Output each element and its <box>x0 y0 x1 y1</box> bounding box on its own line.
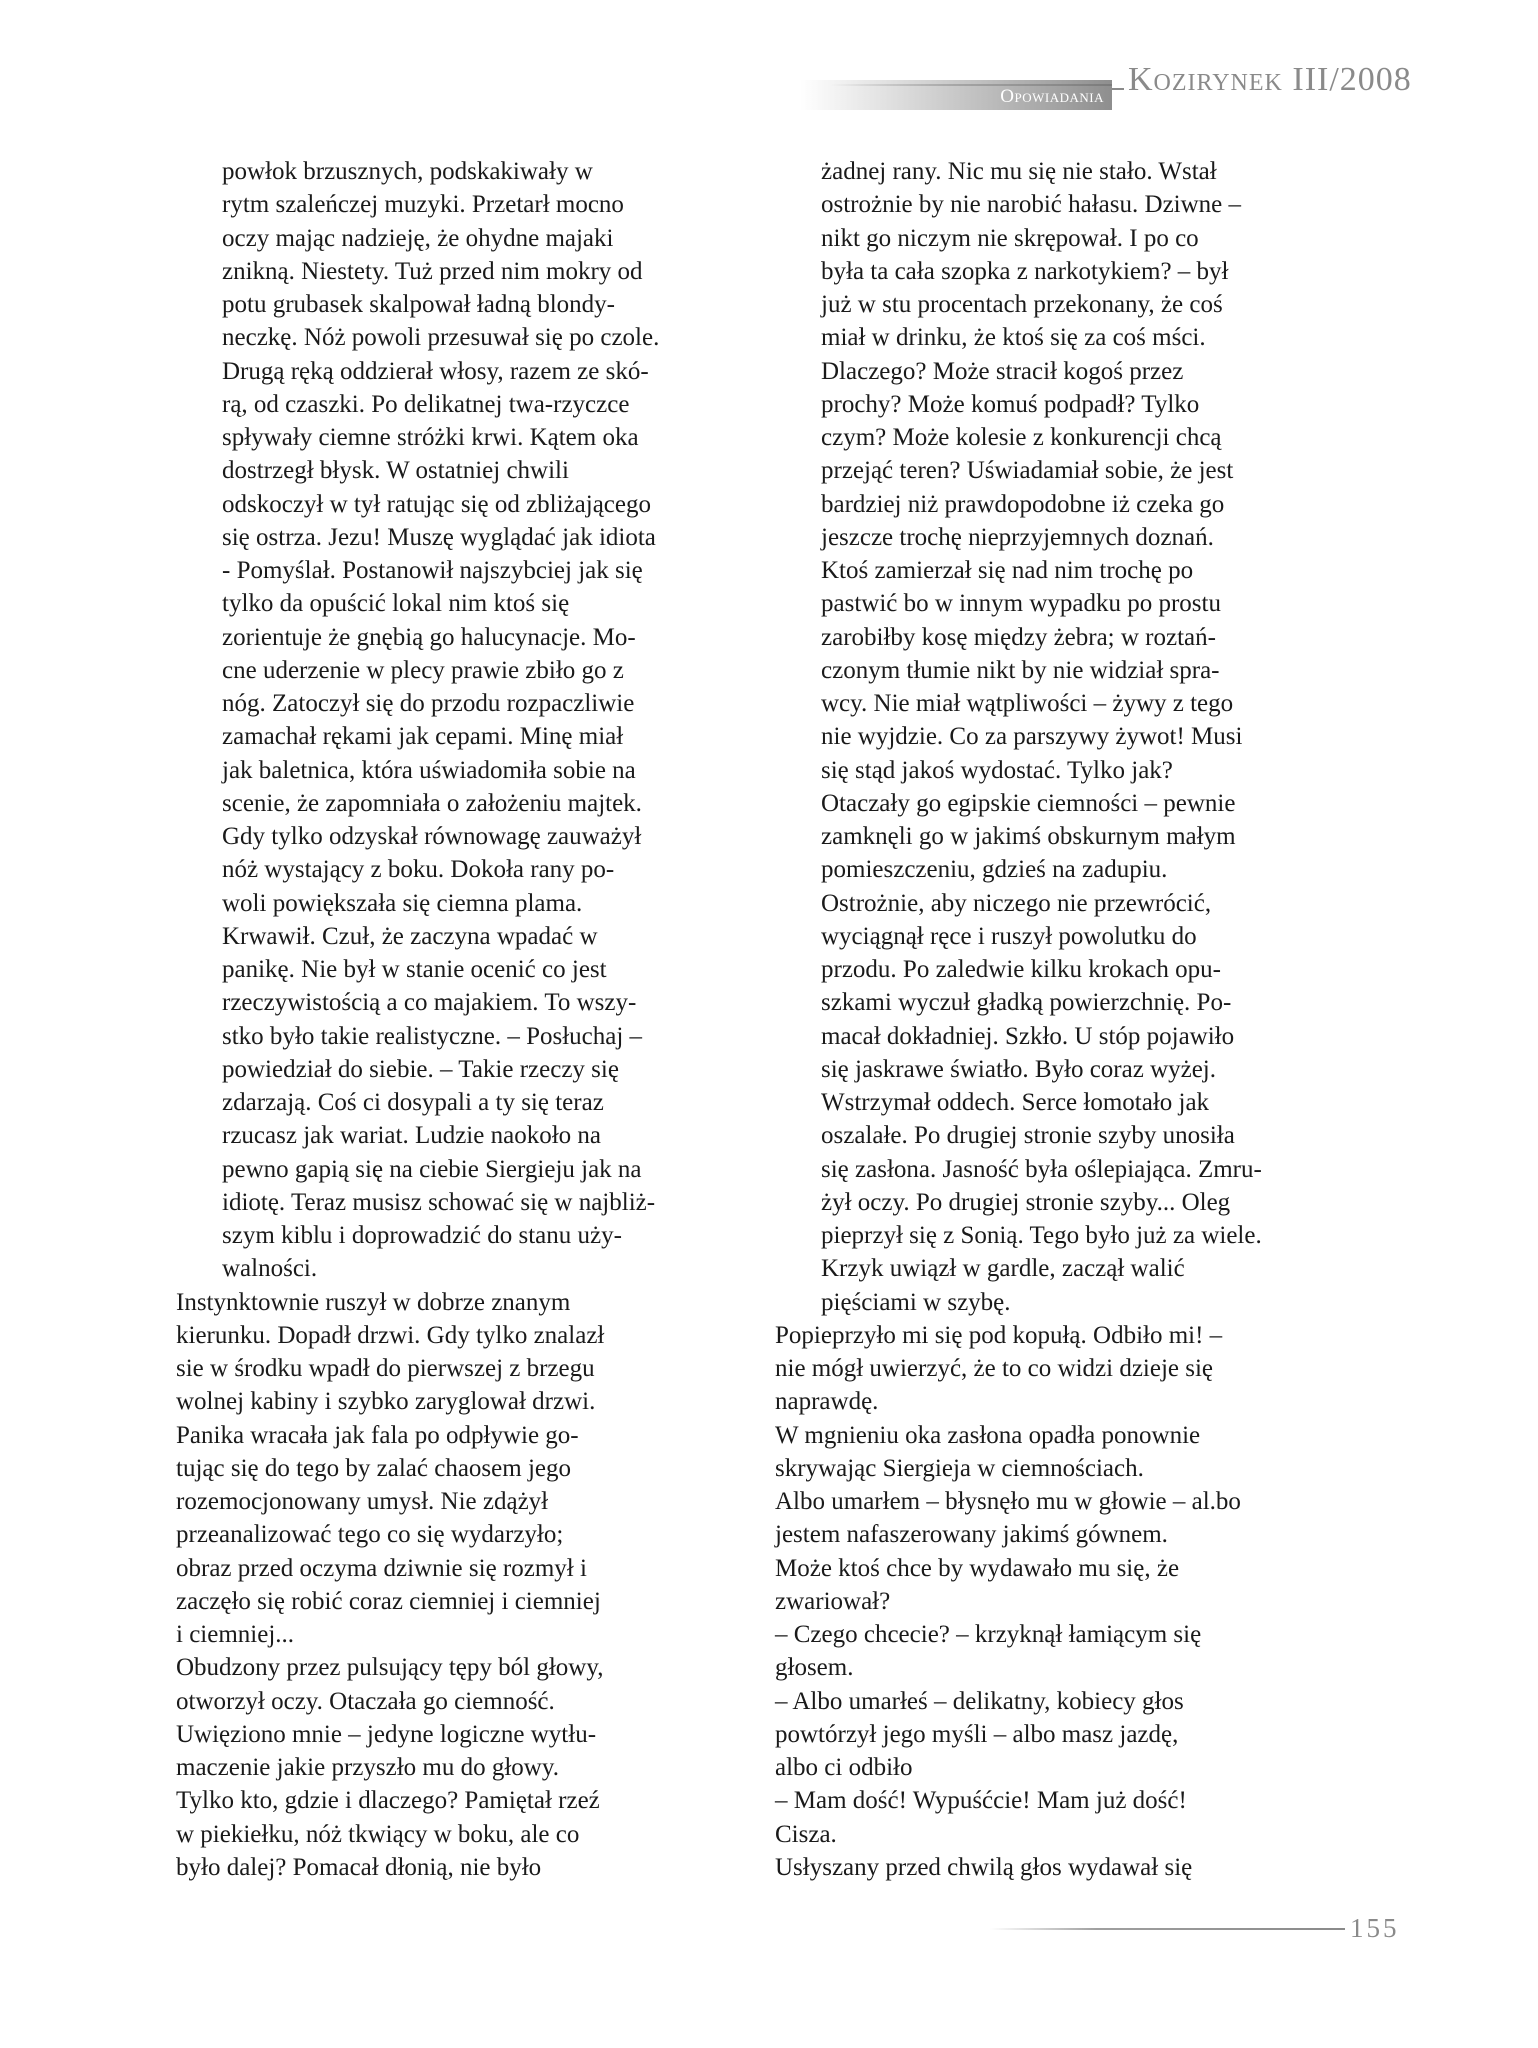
text-line: Obudzony przez pulsujący tępy ból głowy, <box>222 1651 746 1684</box>
text-line: tylko da opuścić lokal nim ktoś się <box>222 587 746 620</box>
text-line: powłok brzusznych, podskakiwały w <box>222 155 746 188</box>
text-line: było dalej? Pomacał dłonią, nie było <box>222 1851 746 1884</box>
text-line: prochy? Może komuś podpadł? Tylko <box>821 388 1345 421</box>
text-line: woli powiększała się ciemna plama. <box>222 887 746 920</box>
text-line: Albo umarłem – błysnęło mu w głowie – al… <box>821 1485 1345 1518</box>
text-line: rzucasz jak wariat. Ludzie naokoło na <box>222 1119 746 1152</box>
text-line: jestem nafaszerowany jakimś gównem. <box>821 1518 1345 1551</box>
text-line: potu grubasek skalpował ładną blondy- <box>222 288 746 321</box>
paragraph: żadnej rany. Nic mu się nie stało. Wstał… <box>775 155 1345 1319</box>
text-line: i ciemniej... <box>222 1618 746 1651</box>
text-line: szym kiblu i doprowadzić do stanu uży- <box>222 1219 746 1252</box>
text-line: skrywając Siergieja w ciemnościach. <box>821 1452 1345 1485</box>
text-line: – Mam dość! Wypuśćcie! Mam już dość! <box>821 1784 1345 1817</box>
text-line: rytm szaleńczej muzyki. Przetarł mocno <box>222 188 746 221</box>
text-line: albo ci odbiło <box>821 1751 1345 1784</box>
text-line: rzeczywistością a co majakiem. To wszy- <box>222 986 746 1019</box>
text-line: zarobiłby kosę między żebra; w roztań- <box>821 621 1345 654</box>
text-line: żył oczy. Po drugiej stronie szyby... Ol… <box>821 1186 1345 1219</box>
text-line: walności. <box>222 1252 746 1285</box>
text-line: Gdy tylko odzyskał równowagę zauważył <box>222 820 746 853</box>
text-line: tując się do tego by zalać chaosem jego <box>222 1452 746 1485</box>
paragraph: Albo umarłem – błysnęło mu w głowie – al… <box>775 1485 1345 1618</box>
text-line: zorientuje że gnębią go halucynacje. Mo- <box>222 621 746 654</box>
paragraph: – Albo umarłeś – delikatny, kobiecy głos… <box>775 1685 1345 1785</box>
text-line: zwariował? <box>821 1585 1345 1618</box>
text-line: żadnej rany. Nic mu się nie stało. Wstał <box>821 155 1345 188</box>
text-line: Wstrzymał oddech. Serce łomotało jak <box>821 1086 1345 1119</box>
footer-rule <box>990 1928 1345 1930</box>
text-line: neczkę. Nóż powoli przesuwał się po czol… <box>222 321 746 354</box>
text-line: znikną. Niestety. Tuż przed nim mokry od <box>222 255 746 288</box>
text-line: dostrzegł błysk. W ostatniej chwili <box>222 454 746 487</box>
text-line: się jaskrawe światło. Było coraz wyżej. <box>821 1053 1345 1086</box>
text-line: Otaczały go egipskie ciemności – pewnie <box>821 787 1345 820</box>
text-line: cne uderzenie w plecy prawie zbiło go z <box>222 654 746 687</box>
text-line: maczenie jakie przyszło mu do głowy. <box>222 1751 746 1784</box>
text-line: – Czego chcecie? – krzyknął łamiącym się <box>821 1618 1345 1651</box>
text-line: przodu. Po zaledwie kilku krokach opu- <box>821 953 1345 986</box>
text-line: Krzyk uwiązł w gardle, zaczął walić <box>821 1252 1345 1285</box>
text-line: pieprzył się z Sonią. Tego było już za w… <box>821 1219 1345 1252</box>
text-line: nóż wystający z boku. Dokoła rany po- <box>222 853 746 886</box>
section-banner: Opowiadania <box>800 80 1112 110</box>
paragraph: Cisza. <box>775 1818 1345 1851</box>
paragraph: – Czego chcecie? – krzyknął łamiącym się… <box>775 1618 1345 1685</box>
paragraph: – Mam dość! Wypuśćcie! Mam już dość! <box>775 1784 1345 1817</box>
text-line: rozemocjonowany umysł. Nie zdążył <box>222 1485 746 1518</box>
text-line: Drugą ręką oddzierał włosy, razem ze skó… <box>222 355 746 388</box>
text-line: w piekiełku, nóż tkwiący w boku, ale co <box>222 1818 746 1851</box>
text-line: powtórzył jego myśli – albo masz jazdę, <box>821 1718 1345 1751</box>
paragraph: W mgnieniu oka zasłona opadła ponowniesk… <box>775 1419 1345 1486</box>
text-line: Usłyszany przed chwilą głos wydawał się <box>821 1851 1345 1884</box>
text-line: - Pomyślał. Postanowił najszybciej jak s… <box>222 554 746 587</box>
text-line: nie wyjdzie. Co za parszywy żywot! Musi <box>821 720 1345 753</box>
text-line: jeszcze trochę nieprzyjemnych doznań. <box>821 521 1345 554</box>
text-line: się ostrza. Jezu! Muszę wyglądać jak idi… <box>222 521 746 554</box>
paragraph: Obudzony przez pulsujący tępy ból głowy,… <box>176 1651 746 1884</box>
text-line: otworzył oczy. Otaczała go ciemność. <box>222 1685 746 1718</box>
text-line: była ta cała szopka z narkotykiem? – był <box>821 255 1345 288</box>
text-line: – Albo umarłeś – delikatny, kobiecy głos <box>821 1685 1345 1718</box>
text-line: Instynktownie ruszył w dobrze znanym <box>222 1286 746 1319</box>
text-line: Ktoś zamierzał się nad nim trochę po <box>821 554 1345 587</box>
text-line: obraz przed oczyma dziwnie się rozmył i <box>222 1552 746 1585</box>
text-line: już w stu procentach przekonany, że coś <box>821 288 1345 321</box>
paragraph: powłok brzusznych, podskakiwały wrytm sz… <box>176 155 746 1286</box>
text-line: zamknęli go w jakimś obskurnym małym <box>821 820 1345 853</box>
text-line: pięściami w szybę. <box>821 1286 1345 1319</box>
text-line: przejąć teren? Uświadamiał sobie, że jes… <box>821 454 1345 487</box>
text-line: Panika wracała jak fala po odpływie go- <box>222 1419 746 1452</box>
text-line: ostrożnie by nie narobić hałasu. Dziwne … <box>821 188 1345 221</box>
text-line: Krwawił. Czuł, że zaczyna wpadać w <box>222 920 746 953</box>
text-line: panikę. Nie był w stanie ocenić co jest <box>222 953 746 986</box>
text-line: sie w środku wpadł do pierwszej z brzegu <box>222 1352 746 1385</box>
paragraph: Usłyszany przed chwilą głos wydawał się <box>775 1851 1345 1884</box>
text-line: nóg. Zatoczył się do przodu rozpaczliwie <box>222 687 746 720</box>
text-line: zaczęło się robić coraz ciemniej i ciemn… <box>222 1585 746 1618</box>
journal-title: Kozirynek III/2008 <box>1128 58 1412 102</box>
header-dash-divider <box>1112 88 1124 90</box>
text-line: idiotę. Teraz musisz schować się w najbl… <box>222 1186 746 1219</box>
right-column: żadnej rany. Nic mu się nie stało. Wstał… <box>775 155 1345 1884</box>
paragraph: Popieprzyło mi się pod kopułą. Odbiło mi… <box>775 1319 1345 1419</box>
text-line: rą, od czaszki. Po delikatnej twa-rzyczc… <box>222 388 746 421</box>
text-line: Cisza. <box>821 1818 1345 1851</box>
text-line: zdarzają. Coś ci dosypali a ty się teraz <box>222 1086 746 1119</box>
text-line: wcy. Nie miał wątpliwości – żywy z tego <box>821 687 1345 720</box>
text-line: przeanalizować tego co się wydarzyło; <box>222 1518 746 1551</box>
paragraph: Instynktownie ruszył w dobrze znanymkier… <box>176 1286 746 1652</box>
text-line: zamachał rękami jak cepami. Minę miał <box>222 720 746 753</box>
text-line: Dlaczego? Może stracił kogoś przez <box>821 355 1345 388</box>
text-line: Ostrożnie, aby niczego nie przewrócić, <box>821 887 1345 920</box>
text-line: Popieprzyło mi się pod kopułą. Odbiło mi… <box>821 1319 1345 1352</box>
text-line: oczy mając nadzieję, że ohydne majaki <box>222 222 746 255</box>
text-line: oszalałe. Po drugiej stronie szyby unosi… <box>821 1119 1345 1152</box>
text-line: macał dokładniej. Szkło. U stóp pojawiło <box>821 1020 1345 1053</box>
text-line: jak baletnica, która uświadomiła sobie n… <box>222 754 746 787</box>
section-label: Opowiadania <box>1000 86 1104 108</box>
text-line: miał w drinku, że ktoś się za coś mści. <box>821 321 1345 354</box>
text-line: wolnej kabiny i szybko zaryglował drzwi. <box>222 1385 746 1418</box>
text-line: pastwić bo w innym wypadku po prostu <box>821 587 1345 620</box>
text-line: Uwięziono mnie – jedyne logiczne wytłu- <box>222 1718 746 1751</box>
text-line: się stąd jakoś wydostać. Tylko jak? <box>821 754 1345 787</box>
text-line: głosem. <box>821 1651 1345 1684</box>
text-line: nikt go niczym nie skrępował. I po co <box>821 222 1345 255</box>
text-line: W mgnieniu oka zasłona opadła ponownie <box>821 1419 1345 1452</box>
text-line: szkami wyczuł gładką powierzchnię. Po- <box>821 986 1345 1019</box>
text-line: czym? Może kolesie z konkurencji chcą <box>821 421 1345 454</box>
text-line: scenie, że zapomniała o założeniu majtek… <box>222 787 746 820</box>
text-line: Tylko kto, gdzie i dlaczego? Pamiętał rz… <box>222 1784 746 1817</box>
text-line: bardziej niż prawdopodobne iż czeka go <box>821 488 1345 521</box>
text-line: naprawdę. <box>821 1385 1345 1418</box>
text-line: pewno gapią się na ciebie Siergieju jak … <box>222 1153 746 1186</box>
page-number: 155 <box>1350 1910 1400 1946</box>
text-line: odskoczył w tył ratując się od zbliżając… <box>222 488 746 521</box>
text-line: kierunku. Dopadł drzwi. Gdy tylko znalaz… <box>222 1319 746 1352</box>
left-column: powłok brzusznych, podskakiwały wrytm sz… <box>176 155 746 1884</box>
text-line: stko było takie realistyczne. – Posłucha… <box>222 1020 746 1053</box>
text-line: powiedział do siebie. – Takie rzeczy się <box>222 1053 746 1086</box>
text-line: wyciągnął ręce i ruszył powolutku do <box>821 920 1345 953</box>
text-line: czonym tłumie nikt by nie widział spra- <box>821 654 1345 687</box>
text-line: nie mógł uwierzyć, że to co widzi dzieje… <box>821 1352 1345 1385</box>
text-line: spływały ciemne stróżki krwi. Kątem oka <box>222 421 746 454</box>
text-line: pomieszczeniu, gdzieś na zadupiu. <box>821 853 1345 886</box>
text-line: Może ktoś chce by wydawało mu się, że <box>821 1552 1345 1585</box>
text-line: się zasłona. Jasność była oślepiająca. Z… <box>821 1153 1345 1186</box>
